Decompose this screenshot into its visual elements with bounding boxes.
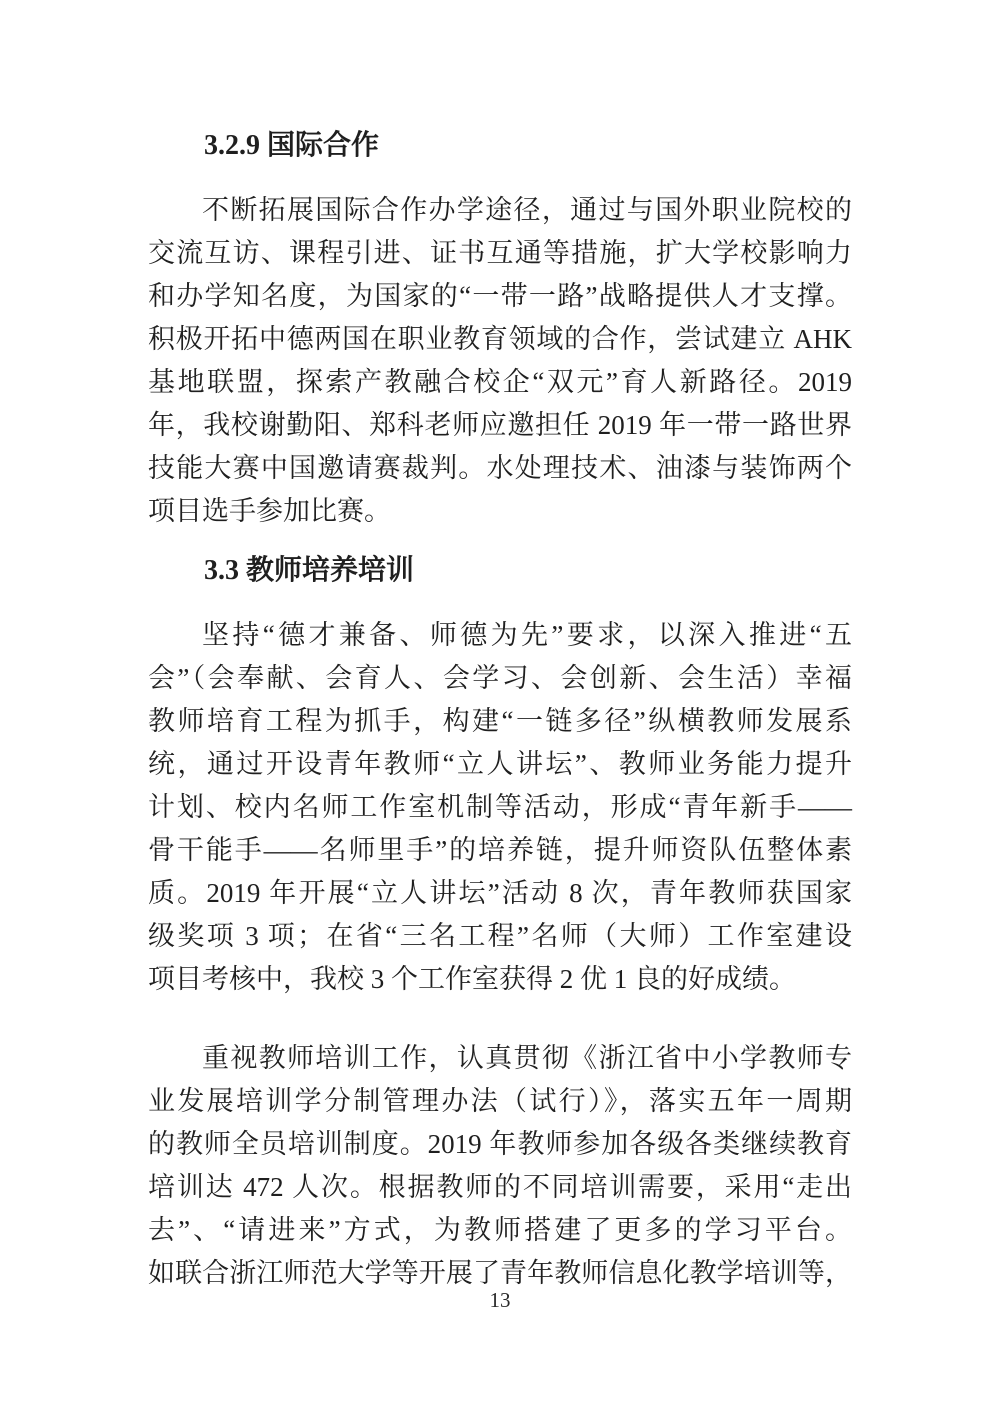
text-line: 质。2019 年开展“立人讲坛”活动 8 次，青年教师获国家 xyxy=(148,872,852,915)
text-line: 教师培育工程为抓手，构建“一链多径”纵横教师发展系 xyxy=(148,700,852,743)
text-line: 的教师全员培训制度。2019 年教师参加各级各类继续教育 xyxy=(148,1123,852,1166)
text-line: 积极开拓中德两国在职业教育领域的合作，尝试建立 AHK xyxy=(148,318,852,361)
text-line: 和办学知名度，为国家的“一带一路”战略提供人才支撑。 xyxy=(148,275,852,318)
text-line: 业发展培训学分制管理办法（试行）》，落实五年一周期 xyxy=(148,1080,852,1123)
text-line: 去”、“请进来”方式，为教师搭建了更多的学习平台。 xyxy=(148,1209,852,1252)
document-body: 3.2.9 国际合作不断拓展国际合作办学途径，通过与国外职业院校的交流互访、课程… xyxy=(148,124,852,1295)
text-line: 交流互访、课程引进、证书互通等措施，扩大学校影响力 xyxy=(148,232,852,275)
text-line: 年，我校谢勤阳、郑科老师应邀担任 2019 年一带一路世界 xyxy=(148,404,852,447)
paragraph: 重视教师培训工作，认真贯彻《浙江省中小学教师专业发展培训学分制管理办法（试行）》… xyxy=(148,1037,852,1295)
paragraph: 坚持“德才兼备、师德为先”要求，以深入推进“五会”（会奉献、会育人、会学习、会创… xyxy=(148,614,852,1001)
document-page: 3.2.9 国际合作不断拓展国际合作办学途径，通过与国外职业院校的交流互访、课程… xyxy=(0,0,1000,1414)
text-line: 会”（会奉献、会育人、会学习、会创新、会生活）幸福 xyxy=(148,657,852,700)
text-line: 不断拓展国际合作办学途径，通过与国外职业院校的 xyxy=(148,189,852,232)
page-number: 13 xyxy=(0,1286,1000,1314)
text-line: 基地联盟，探索产教融合校企“双元”育人新路径。2019 xyxy=(148,361,852,404)
text-line: 培训达 472 人次。根据教师的不同培训需要，采用“走出 xyxy=(148,1166,852,1209)
text-line: 项目考核中，我校 3 个工作室获得 2 优 1 良的好成绩。 xyxy=(148,958,852,1001)
section-heading: 3.2.9 国际合作 xyxy=(148,124,852,167)
text-line: 技能大赛中国邀请赛裁判。水处理技术、油漆与装饰两个 xyxy=(148,447,852,490)
text-line: 项目选手参加比赛。 xyxy=(148,490,852,533)
paragraph: 不断拓展国际合作办学途径，通过与国外职业院校的交流互访、课程引进、证书互通等措施… xyxy=(148,189,852,533)
text-line: 统，通过开设青年教师“立人讲坛”、教师业务能力提升 xyxy=(148,743,852,786)
section-heading: 3.3 教师培养培训 xyxy=(148,549,852,592)
text-line: 坚持“德才兼备、师德为先”要求，以深入推进“五 xyxy=(148,614,852,657)
text-line: 骨干能手——名师里手”的培养链，提升师资队伍整体素 xyxy=(148,829,852,872)
text-line: 级奖项 3 项；在省“三名工程”名师（大师）工作室建设 xyxy=(148,915,852,958)
text-line: 重视教师培训工作，认真贯彻《浙江省中小学教师专 xyxy=(148,1037,852,1080)
text-line: 计划、校内名师工作室机制等活动，形成“青年新手—— xyxy=(148,786,852,829)
